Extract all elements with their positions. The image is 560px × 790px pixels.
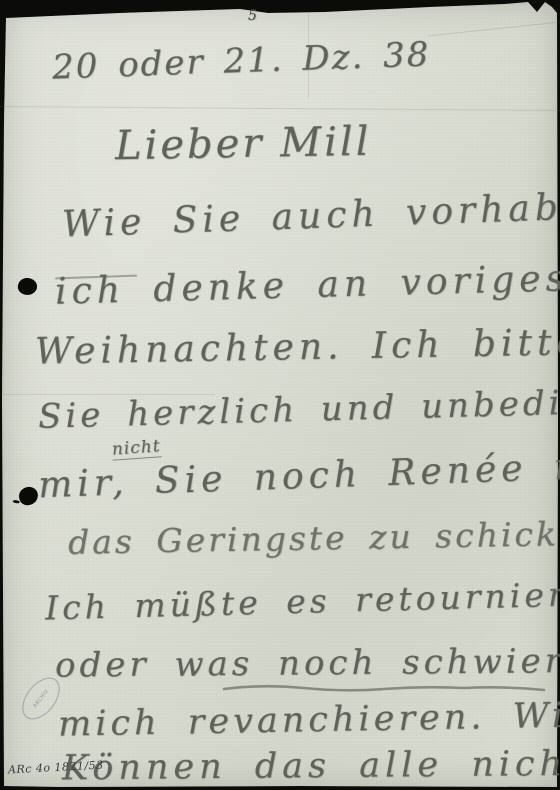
salutation: Lieber Mill [115,122,372,166]
inserted-word: nicht [111,438,161,460]
page-number: 5 [248,9,257,23]
handwriting-line: mich revanchieren. Wir [58,698,560,742]
handwriting-line: oder was noch schwieriger [55,643,560,682]
handwriting-line: Weihnachten. Ich bitte [35,325,560,371]
wavy-underline [222,680,548,696]
handwriting-line: das Geringste zu schicken. [68,516,560,559]
handwriting-line: Können das alle nicht. [62,747,560,787]
scanned-letter-page: 5 20 oder 21. Dz. 38 Lieber Mill Wie Sie… [0,0,560,790]
archive-stamp-text: ARCHIV [32,688,50,709]
